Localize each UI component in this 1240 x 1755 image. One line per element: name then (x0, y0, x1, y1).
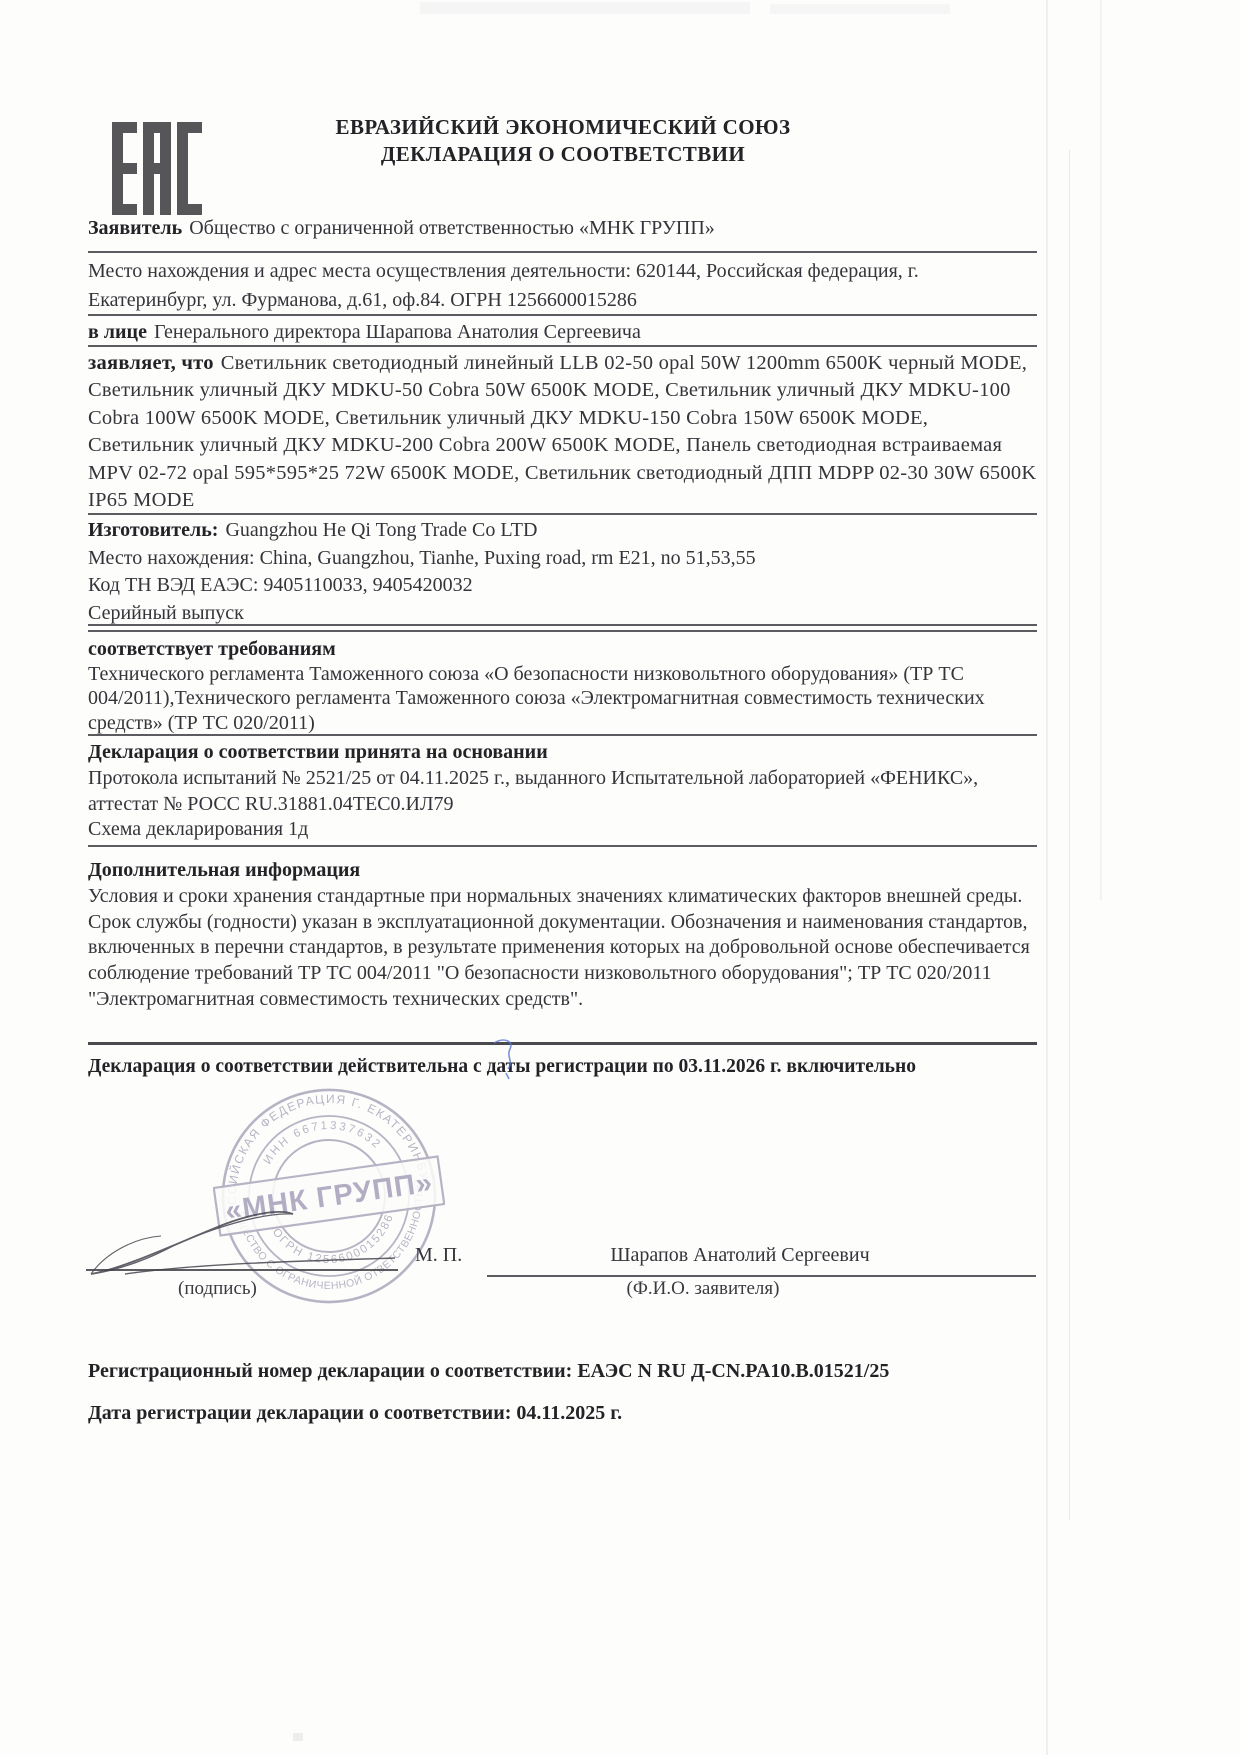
scan-artifact-top-smudge (420, 2, 750, 14)
manufacturer-address: Место нахождения: China, Guangzhou, Tian… (88, 545, 1038, 573)
mp-label: М. П. (415, 1244, 462, 1267)
validity-statement: Декларация о соответствии действительна … (88, 1053, 1038, 1081)
serial-production: Серийный выпуск (88, 600, 1038, 628)
tnved-code: Код ТН ВЭД ЕАЭС: 9405110033, 9405420032 (88, 572, 1038, 600)
compliance-header: соответствует требованиям (88, 637, 1038, 662)
products-list: Светильник светодиодный линейный LLB 02-… (88, 352, 1036, 511)
applicant-address-text: Место нахождения и адрес места осуществл… (88, 260, 919, 311)
title-line-1: ЕВРАЗИЙСКИЙ ЭКОНОМИЧЕСКИЙ СОЮЗ (88, 114, 1038, 141)
divider-rule-thick (88, 1042, 1037, 1045)
additional-info-header: Дополнительная информация (88, 858, 1038, 884)
in-person-value: Генерального директора Шарапова Анатолия… (154, 321, 641, 343)
scan-artifact-vertical-1 (1046, 0, 1048, 1755)
applicant-value: Общество с ограниченной ответственностью… (189, 217, 715, 239)
divider-rule (88, 845, 1037, 847)
fio-line (487, 1275, 1036, 1277)
basis-text: Протокола испытаний № 2521/25 от 04.11.2… (88, 766, 1038, 818)
in-person-label: в лице (88, 321, 147, 343)
divider-rule (88, 345, 1037, 347)
declares-label: заявляет, что (88, 352, 214, 374)
registration-date-line: Дата регистрации декларации о соответств… (88, 1400, 1038, 1428)
applicant-label: Заявитель (88, 217, 182, 239)
scan-artifact-vertical-2 (1069, 150, 1070, 1520)
divider-rule (88, 734, 1037, 736)
document-title: ЕВРАЗИЙСКИЙ ЭКОНОМИЧЕСКИЙ СОЮЗ ДЕКЛАРАЦИ… (88, 114, 1038, 168)
registration-number-line: Регистрационный номер декларации о соотв… (88, 1358, 1038, 1386)
compliance-section: соответствует требованиям Технического р… (88, 637, 1038, 735)
signature-caption: (подпись) (178, 1278, 257, 1300)
divider-rule (88, 314, 1037, 316)
manufacturer-name: Guangzhou He Qi Tong Trade Co LTD (225, 519, 537, 541)
applicant-row: ЗаявительОбщество с ограниченной ответст… (88, 215, 1038, 243)
scan-artifact-bottom-smudge (293, 1733, 303, 1741)
applicant-signatory-name: Шарапов Анатолий Сергеевич (490, 1244, 990, 1267)
fio-caption: (Ф.И.О. заявителя) (488, 1278, 918, 1300)
additional-info-text: Условия и сроки хранения стандартные при… (88, 884, 1038, 1013)
title-line-2: ДЕКЛАРАЦИЯ О СООТВЕТСТВИИ (88, 141, 1038, 168)
manufacturer-row: Изготовитель:Guangzhou He Qi Tong Trade … (88, 517, 1038, 545)
pen-mark-artifact (488, 1035, 528, 1085)
compliance-text: Технического регламента Таможенного союз… (88, 662, 1038, 736)
basis-header: Декларация о соответствии принята на осн… (88, 740, 1038, 766)
scan-artifact-vertical-3 (1100, 0, 1102, 900)
products-paragraph: заявляет, чтоСветильник светодиодный лин… (88, 350, 1038, 514)
declaration-document-page: ЕВРАЗИЙСКИЙ ЭКОНОМИЧЕСКИЙ СОЮЗ ДЕКЛАРАЦИ… (0, 0, 1240, 1755)
manufacturer-block: Изготовитель:Guangzhou He Qi Tong Trade … (88, 517, 1038, 627)
in-person-row: в лицеГенерального директора Шарапова Ан… (88, 319, 1038, 347)
scan-artifact-top-smudge-2 (770, 4, 950, 14)
divider-rule (88, 513, 1037, 515)
basis-scheme: Схема декларирования 1д (88, 817, 1038, 843)
basis-section: Декларация о соответствии принята на осн… (88, 740, 1038, 843)
manufacturer-label: Изготовитель: (88, 519, 218, 541)
applicant-address: Место нахождения и адрес места осуществл… (88, 257, 1038, 314)
divider-rule-double (88, 630, 1037, 632)
handwritten-signature (85, 1192, 415, 1292)
divider-rule-double (88, 624, 1037, 626)
divider-rule (88, 251, 1037, 253)
additional-info-section: Дополнительная информация Условия и срок… (88, 858, 1038, 1013)
